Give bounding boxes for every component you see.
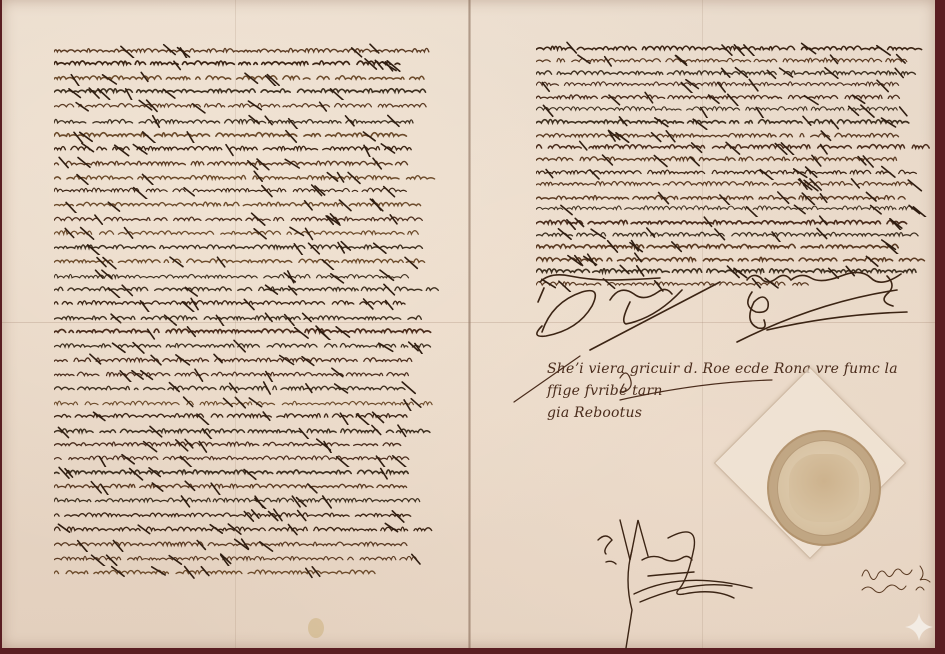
script-line: [54, 451, 439, 465]
signature-lower-rubric: [592, 510, 762, 650]
script-line: [54, 56, 439, 70]
script-line: [54, 507, 439, 521]
signature-upper-right: [727, 262, 917, 352]
right-page-text-block: [536, 40, 926, 280]
script-line: [54, 479, 439, 493]
script-line: [54, 197, 439, 211]
signature-upper-left: [530, 262, 730, 352]
sparkle-star-icon: [904, 612, 934, 642]
script-line: [54, 395, 439, 409]
script-line: [54, 338, 439, 352]
script-line: [54, 254, 439, 268]
script-line: [54, 409, 439, 423]
left-page-text-block: [54, 42, 434, 582]
script-line: [54, 564, 439, 578]
script-line: [54, 324, 439, 338]
script-line: [54, 127, 439, 141]
script-line: [54, 141, 439, 155]
corner-annotation: [858, 562, 938, 598]
notary-flourish: [510, 350, 790, 410]
script-line: [54, 296, 439, 310]
script-line: [54, 550, 439, 564]
paper-stain: [308, 618, 324, 638]
script-line: [54, 70, 439, 84]
script-line: [54, 268, 439, 282]
script-line: [54, 423, 439, 437]
seal-emblem: [789, 454, 859, 522]
script-line: [54, 183, 439, 197]
script-line: [54, 113, 439, 127]
script-line: [54, 211, 439, 225]
script-line: [54, 380, 439, 394]
fold-crease: [235, 0, 236, 648]
script-line: [54, 521, 439, 535]
image-frame: Sheʼi viera gricuir d. Roe ecde Rona vre…: [0, 0, 945, 654]
script-line: [54, 225, 439, 239]
script-line: [54, 239, 439, 253]
script-line: [54, 282, 439, 296]
script-line: [54, 155, 439, 169]
script-line: [54, 366, 439, 380]
script-line: [54, 536, 439, 550]
script-line: [54, 493, 439, 507]
seal-icon: [767, 430, 881, 546]
script-line: [54, 169, 439, 183]
script-line: [54, 42, 439, 56]
script-line: [54, 352, 439, 366]
script-line: [54, 465, 439, 479]
script-line: [54, 437, 439, 451]
manuscript-sheet: Sheʼi viera gricuir d. Roe ecde Rona vre…: [2, 0, 935, 648]
script-line: [54, 84, 439, 98]
script-line: [54, 98, 439, 112]
